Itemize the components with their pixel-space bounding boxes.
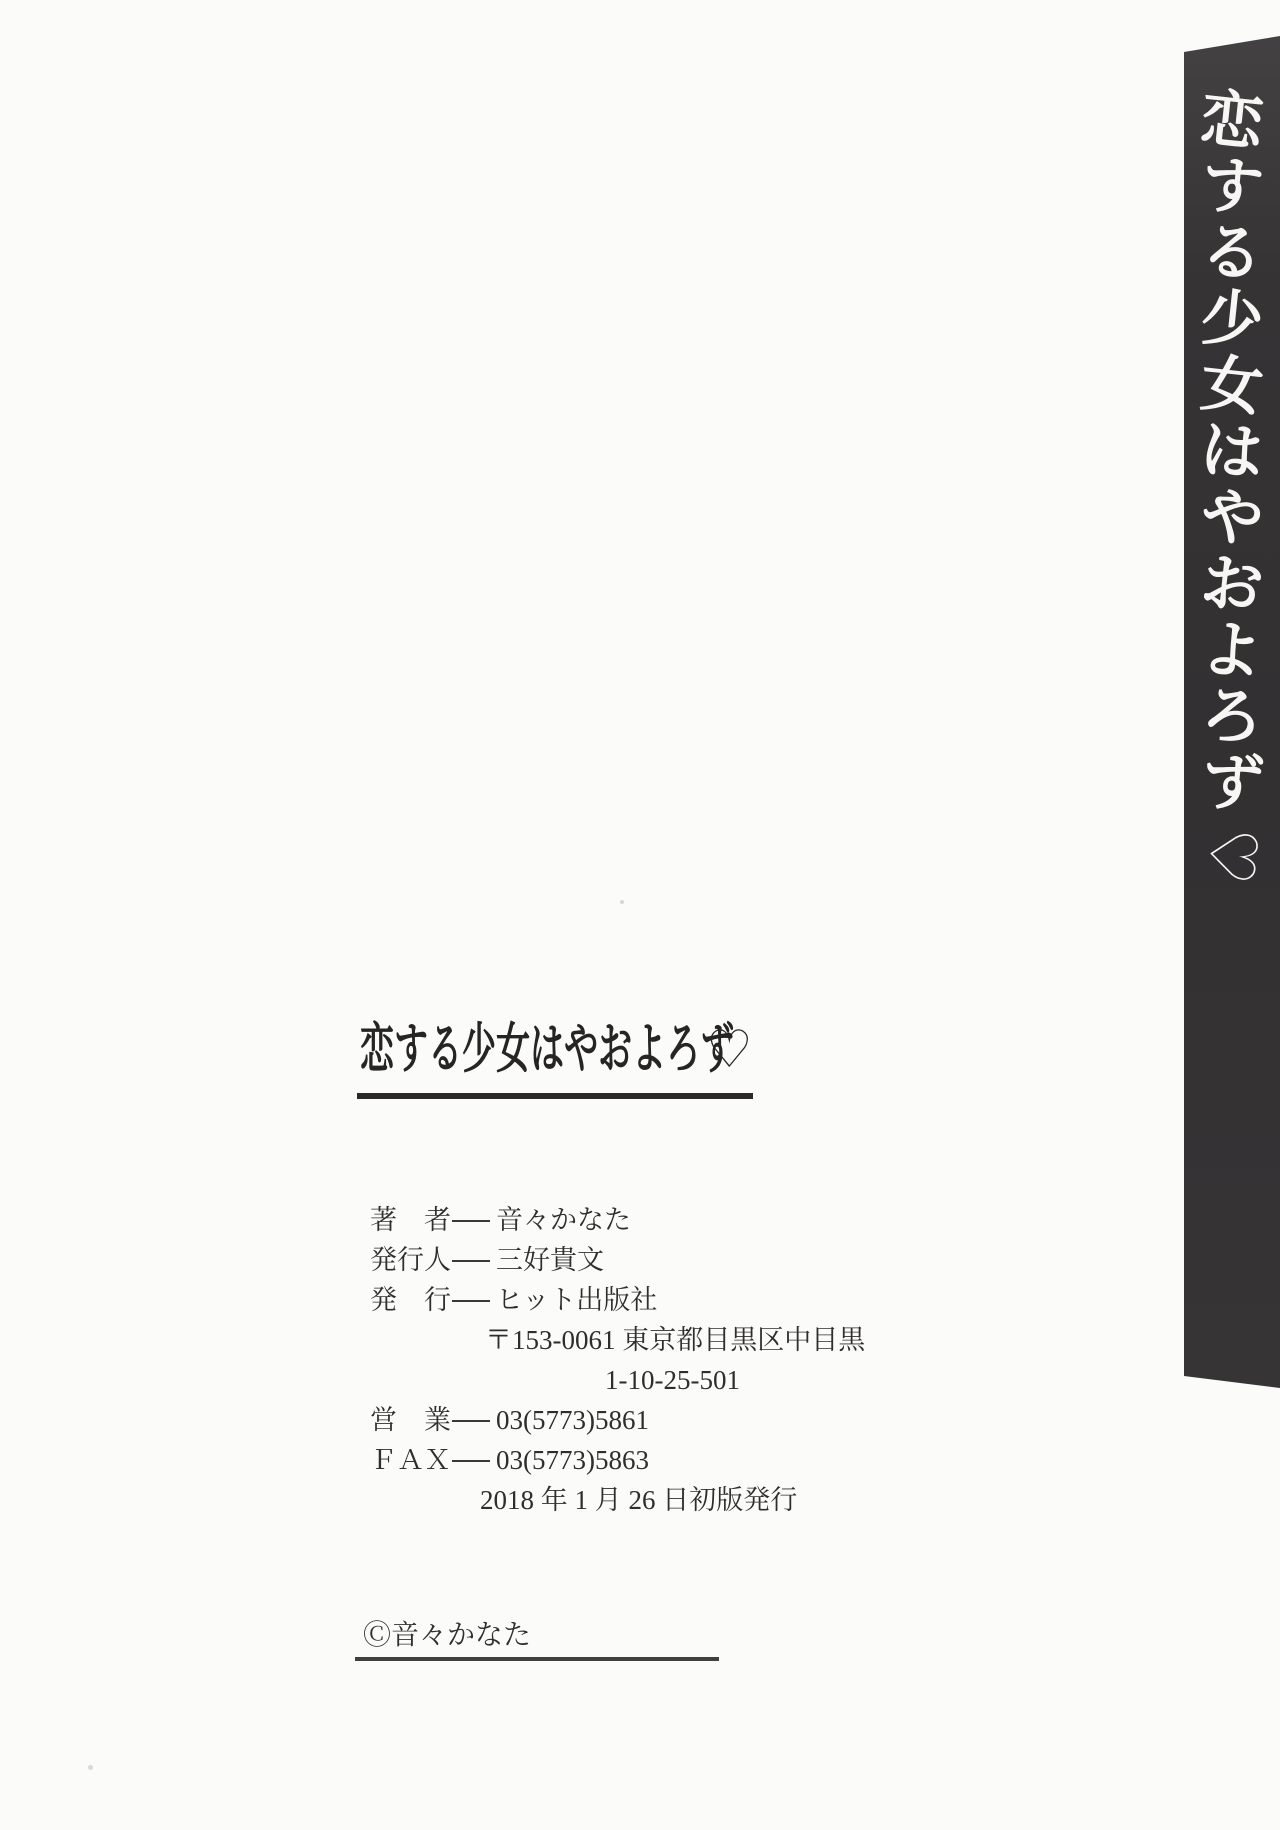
edition-date-line: 2018 年 1 月 26 日初版発行 (370, 1480, 870, 1520)
author-label: 著 者 (370, 1200, 452, 1240)
publisher-person-value: 三好貴文 (496, 1240, 604, 1280)
author-row: 著 者 音々かなた (370, 1200, 870, 1240)
dash-rule (452, 1260, 490, 1262)
publisher-company-row: 発 行 ヒット出版社 (370, 1280, 870, 1320)
spine-title-char: よ (1198, 617, 1266, 686)
publisher-person-label: 発行人 (370, 1240, 452, 1280)
spine-title-char: は (1198, 418, 1266, 487)
fax-label: ＦＡＸ (370, 1440, 452, 1480)
scan-speck (620, 900, 624, 904)
spine-title-char: す (1198, 153, 1266, 222)
spine-title-char: や (1198, 484, 1266, 553)
publisher-address-line2: 1-10-25-501 (370, 1360, 870, 1400)
sales-phone-row: 営 業 03(5773)5861 (370, 1400, 870, 1440)
publication-info: 著 者 音々かなた 発行人 三好貴文 発 行 ヒット出版社 〒153-0061 … (370, 1200, 870, 1520)
spine-title-char: る (1198, 219, 1266, 288)
spine-heart-icon: ♡ (1197, 823, 1268, 887)
publisher-person-row: 発行人 三好貴文 (370, 1240, 870, 1280)
spine-bar: 恋する少女はやおよろず♡ (1184, 36, 1280, 1394)
sales-label: 営 業 (370, 1400, 452, 1440)
dash-rule (452, 1300, 490, 1302)
spine-title-char: お (1198, 551, 1266, 620)
publisher-company-label: 発 行 (370, 1280, 452, 1320)
copyright-block: Ⓒ音々かなた (363, 1618, 863, 1654)
spine-title-char: 女 (1198, 352, 1266, 421)
dash-rule (452, 1220, 490, 1222)
scan-speck (88, 1765, 93, 1770)
dash-rule (452, 1420, 490, 1422)
fax-value: 03(5773)5863 (496, 1440, 649, 1480)
publisher-address-line1: 〒153-0061 東京都目黒区中目黒 (370, 1320, 870, 1360)
fax-row: ＦＡＸ 03(5773)5863 (370, 1440, 870, 1480)
spine-title-char: ろ (1198, 683, 1266, 752)
copyright-underline-rule (355, 1657, 719, 1661)
book-title: 恋する少女はやおよろず (360, 1020, 734, 1079)
spine-title-char: ず (1198, 749, 1266, 818)
publisher-company-value: ヒット出版社 (496, 1280, 657, 1320)
spine-title-char: 少 (1198, 286, 1266, 355)
dash-rule (452, 1460, 490, 1462)
spine-title-char: 恋 (1198, 87, 1266, 156)
author-value: 音々かなた (496, 1200, 631, 1240)
copyright-line: Ⓒ音々かなた (363, 1618, 863, 1654)
sales-phone-value: 03(5773)5861 (496, 1400, 649, 1440)
spine-title-vertical: 恋する少女はやおよろず♡ (1184, 36, 1280, 888)
title-underline-rule (357, 1093, 753, 1099)
colophon-page: 恋する少女はやおよろず♡ 恋する少女はやおよろず ♡ 著 者 音々かなた 発行人… (0, 0, 1280, 1830)
title-block: 恋する少女はやおよろず ♡ (360, 1020, 780, 1079)
heart-icon: ♡ (706, 1022, 753, 1079)
